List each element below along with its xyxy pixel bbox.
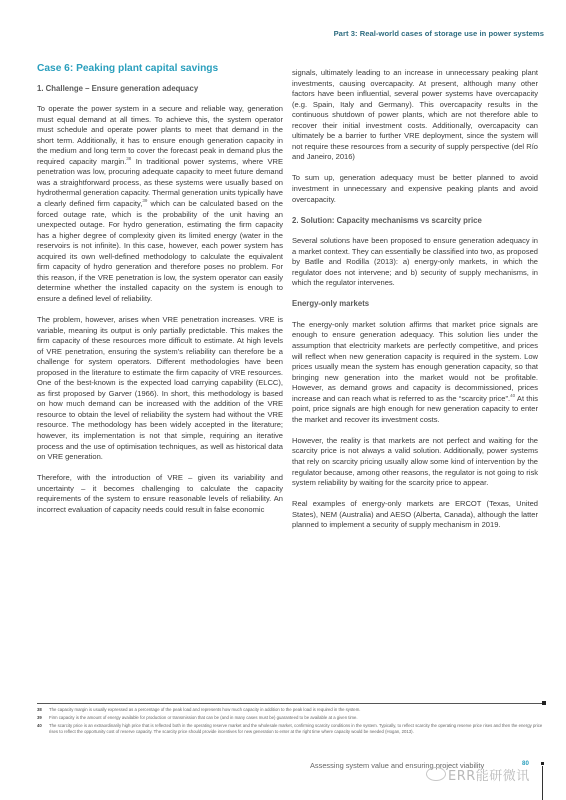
page-marker-line — [542, 766, 543, 800]
paragraph: To operate the power system in a secure … — [37, 104, 283, 304]
footnote-divider — [37, 703, 544, 704]
paragraph: signals, ultimately leading to an increa… — [292, 68, 538, 163]
section-heading-solution: 2. Solution: Capacity mechanisms vs scar… — [292, 216, 538, 227]
paragraph: Therefore, with the introduction of VRE … — [37, 473, 283, 515]
left-column: Case 6: Peaking plant capital savings 1.… — [37, 64, 283, 526]
footnote-text: The scarcity price is an extraordinarily… — [49, 723, 547, 735]
section-heading-challenge: 1. Challenge – Ensure generation adequac… — [37, 84, 283, 95]
divider-end-marker — [542, 701, 546, 705]
paragraph: However, the reality is that markets are… — [292, 436, 538, 489]
footnote: 40 The scarcity price is an extraordinar… — [37, 723, 547, 735]
footnote: 39 Firm capacity is the amount of energy… — [37, 715, 547, 721]
footnote-text: The capacity margin is usually expressed… — [49, 707, 547, 713]
paragraph: Several solutions have been proposed to … — [292, 236, 538, 289]
footnote-text: Firm capacity is the amount of energy av… — [49, 715, 547, 721]
wechat-icon — [426, 767, 446, 781]
running-head: Part 3: Real-world cases of storage use … — [334, 29, 544, 38]
watermark: ERR能研微讯 — [448, 765, 530, 784]
right-column: signals, ultimately leading to an increa… — [292, 68, 538, 541]
paragraph: To sum up, generation adequacy must be b… — [292, 173, 538, 205]
page-number: 80 — [522, 760, 529, 767]
page-marker — [541, 762, 544, 765]
paragraph: Real examples of energy-only markets are… — [292, 499, 538, 531]
footnote: 38 The capacity margin is usually expres… — [37, 707, 547, 713]
footnotes: 38 The capacity margin is usually expres… — [37, 707, 547, 737]
footnote-number: 38 — [37, 707, 49, 713]
case-title: Case 6: Peaking plant capital savings — [37, 64, 283, 75]
subheading-energy-only-markets: Energy-only markets — [292, 299, 538, 310]
paragraph: The energy-only market solution affirms … — [292, 320, 538, 425]
footnote-number: 40 — [37, 723, 49, 735]
footnote-number: 39 — [37, 715, 49, 721]
paragraph: The problem, however, arises when VRE pe… — [37, 315, 283, 463]
